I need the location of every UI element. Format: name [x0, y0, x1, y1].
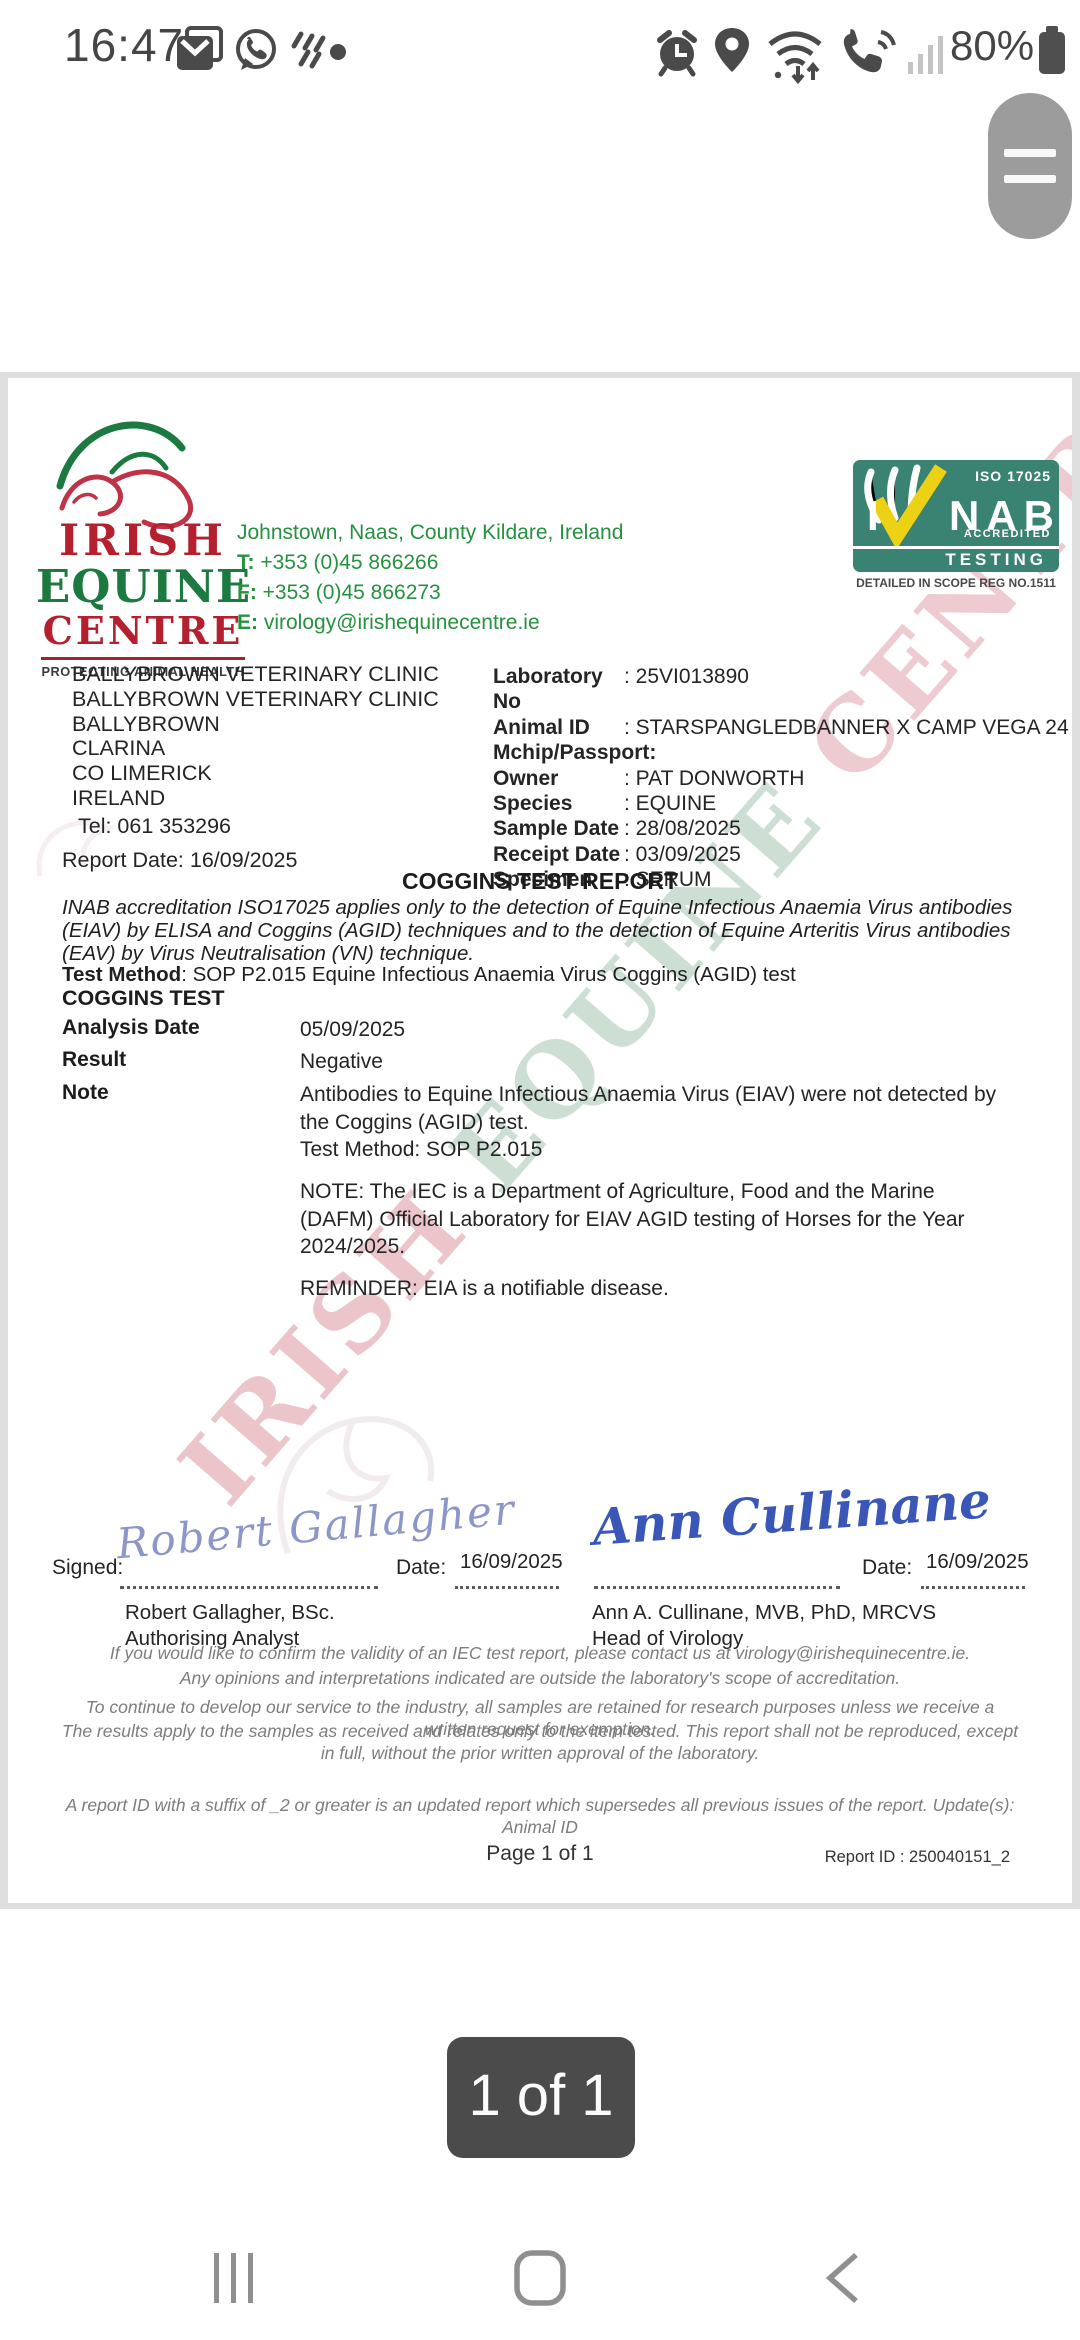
logo-divider: [41, 657, 245, 660]
footer-opinions-line: Any opinions and interpretations indicat…: [60, 1667, 1020, 1689]
phone-screen: 16:47: [0, 0, 1080, 2340]
recipient-line: BALLYBROWN VETERINARY CLINIC: [72, 662, 439, 687]
inab-i-letter: I: [867, 492, 879, 540]
signature-ann-cullinane: Ann Cullinane: [590, 1470, 992, 1557]
recents-button[interactable]: [214, 2253, 258, 2303]
signature-date-2: 16/09/2025: [926, 1550, 1029, 1574]
document-page[interactable]: IRISH EQUINE CENTRE IRISH EQUINE: [8, 378, 1072, 1903]
accreditation-note: INAB accreditation ISO17025 applies only…: [62, 896, 1047, 965]
detail-row: Receipt Date: 03/09/2025: [493, 842, 1069, 867]
location-icon: [710, 26, 754, 78]
inab-iso-label: ISO 17025: [975, 468, 1051, 484]
logo-line-centre: CENTRE: [36, 610, 250, 652]
wifi-calling-icon: [840, 28, 896, 80]
detail-row: Mchip/Passport:: [493, 740, 1069, 765]
inab-badge: ISO 17025 I NAB ACCREDITED TESTING: [853, 460, 1059, 572]
contact-fax: F: +353 (0)45 866273: [237, 578, 623, 608]
detail-row: Laboratory No: 25VI013890: [493, 664, 1069, 715]
edge-panel-handle[interactable]: [988, 93, 1072, 239]
mail-icon: [175, 26, 223, 74]
signature-date-1: 16/09/2025: [460, 1550, 563, 1574]
test-method-line: Test Method: SOP P2.015 Equine Infectiou…: [62, 963, 796, 987]
detail-row: Species: EQUINE: [493, 791, 1069, 816]
home-button[interactable]: [514, 2250, 566, 2306]
contact-address: Johnstown, Naas, County Kildare, Ireland: [237, 518, 623, 548]
back-button[interactable]: [822, 2252, 862, 2304]
signature-line: [120, 1586, 378, 1589]
date-line: [455, 1586, 559, 1589]
notification-dot: [328, 42, 348, 62]
inab-scope-caption: DETAILED IN SCOPE REG NO.1511: [841, 576, 1071, 590]
contact-email: E: virology@irishequinecentre.ie: [237, 608, 623, 638]
analysis-date-value: 05/09/2025: [300, 1016, 405, 1044]
footer-validity-line: If you would like to confirm the validit…: [60, 1642, 1020, 1664]
note-dafm-text: NOTE: The IEC is a Department of Agricul…: [300, 1178, 965, 1261]
handle-bar: [1004, 175, 1056, 183]
logo-line-irish: IRISH: [36, 518, 250, 564]
detail-row: Owner: PAT DONWORTH: [493, 766, 1069, 791]
date-line: [921, 1586, 1025, 1589]
signal-bars: [908, 30, 944, 76]
signature-line: [594, 1586, 840, 1589]
detail-row: Animal ID: STARSPANGLEDBANNER X CAMP VEG…: [493, 715, 1069, 740]
footer-reproduction-line: The results apply to the samples as rece…: [60, 1720, 1020, 1764]
alarm-icon: [652, 26, 702, 78]
whatsapp-icon: [232, 26, 280, 74]
note-label: Note: [62, 1081, 109, 1105]
contact-tel: T: +353 (0)45 866266: [237, 548, 623, 578]
logo-line-equine: EQUINE: [36, 564, 250, 610]
wifi-icon: [764, 28, 826, 84]
note-text: Antibodies to Equine Infectious Anaemia …: [300, 1081, 996, 1164]
recipient-line: IRELAND: [72, 786, 439, 811]
report-id: Report ID : 250040151_2: [825, 1848, 1010, 1867]
recipient-line: CLARINA: [72, 736, 439, 761]
battery-percent: 80%: [950, 22, 1034, 70]
inab-accredited-label: ACCREDITED: [964, 528, 1051, 540]
page-count-badge: 1 of 1: [447, 2037, 635, 2158]
recipient-phone: Tel: 061 353296: [78, 814, 231, 839]
analysis-date-label: Analysis Date: [62, 1016, 200, 1040]
recipient-line: BALLYBROWN VETERINARY CLINIC: [72, 687, 439, 712]
date-label: Date:: [862, 1556, 912, 1580]
inab-testing-label: TESTING: [945, 550, 1047, 570]
recipient-line: CO LIMERICK: [72, 761, 439, 786]
inab-divider: [853, 546, 1059, 549]
result-value: Negative: [300, 1048, 383, 1076]
handle-bar: [1004, 149, 1056, 157]
signed-label: Signed:: [52, 1556, 123, 1580]
section-title: COGGINS TEST: [62, 986, 224, 1011]
iec-logo-text: IRISH EQUINE CENTRE PROTECTING ANIMAL HE…: [36, 518, 250, 679]
sample-details: Laboratory No: 25VI013890 Animal ID: STA…: [493, 664, 1069, 893]
recipient-address: BALLYBROWN VETERINARY CLINIC BALLYBROWN …: [72, 662, 439, 811]
result-label: Result: [62, 1048, 126, 1072]
report-title: COGGINS TEST REPORT: [8, 868, 1072, 895]
recipient-line: BALLYBROWN: [72, 712, 439, 737]
date-label: Date:: [396, 1556, 446, 1580]
contact-block: Johnstown, Naas, County Kildare, Ireland…: [237, 518, 623, 638]
detail-row: Sample Date: 28/08/2025: [493, 816, 1069, 841]
footer-update-line: A report ID with a suffix of _2 or great…: [60, 1794, 1020, 1838]
battery-icon: [1035, 24, 1069, 76]
reminder-text: REMINDER: EIA is a notifiable disease.: [300, 1275, 669, 1303]
hatch-icon: [286, 28, 332, 74]
status-time: 16:47: [64, 18, 184, 72]
